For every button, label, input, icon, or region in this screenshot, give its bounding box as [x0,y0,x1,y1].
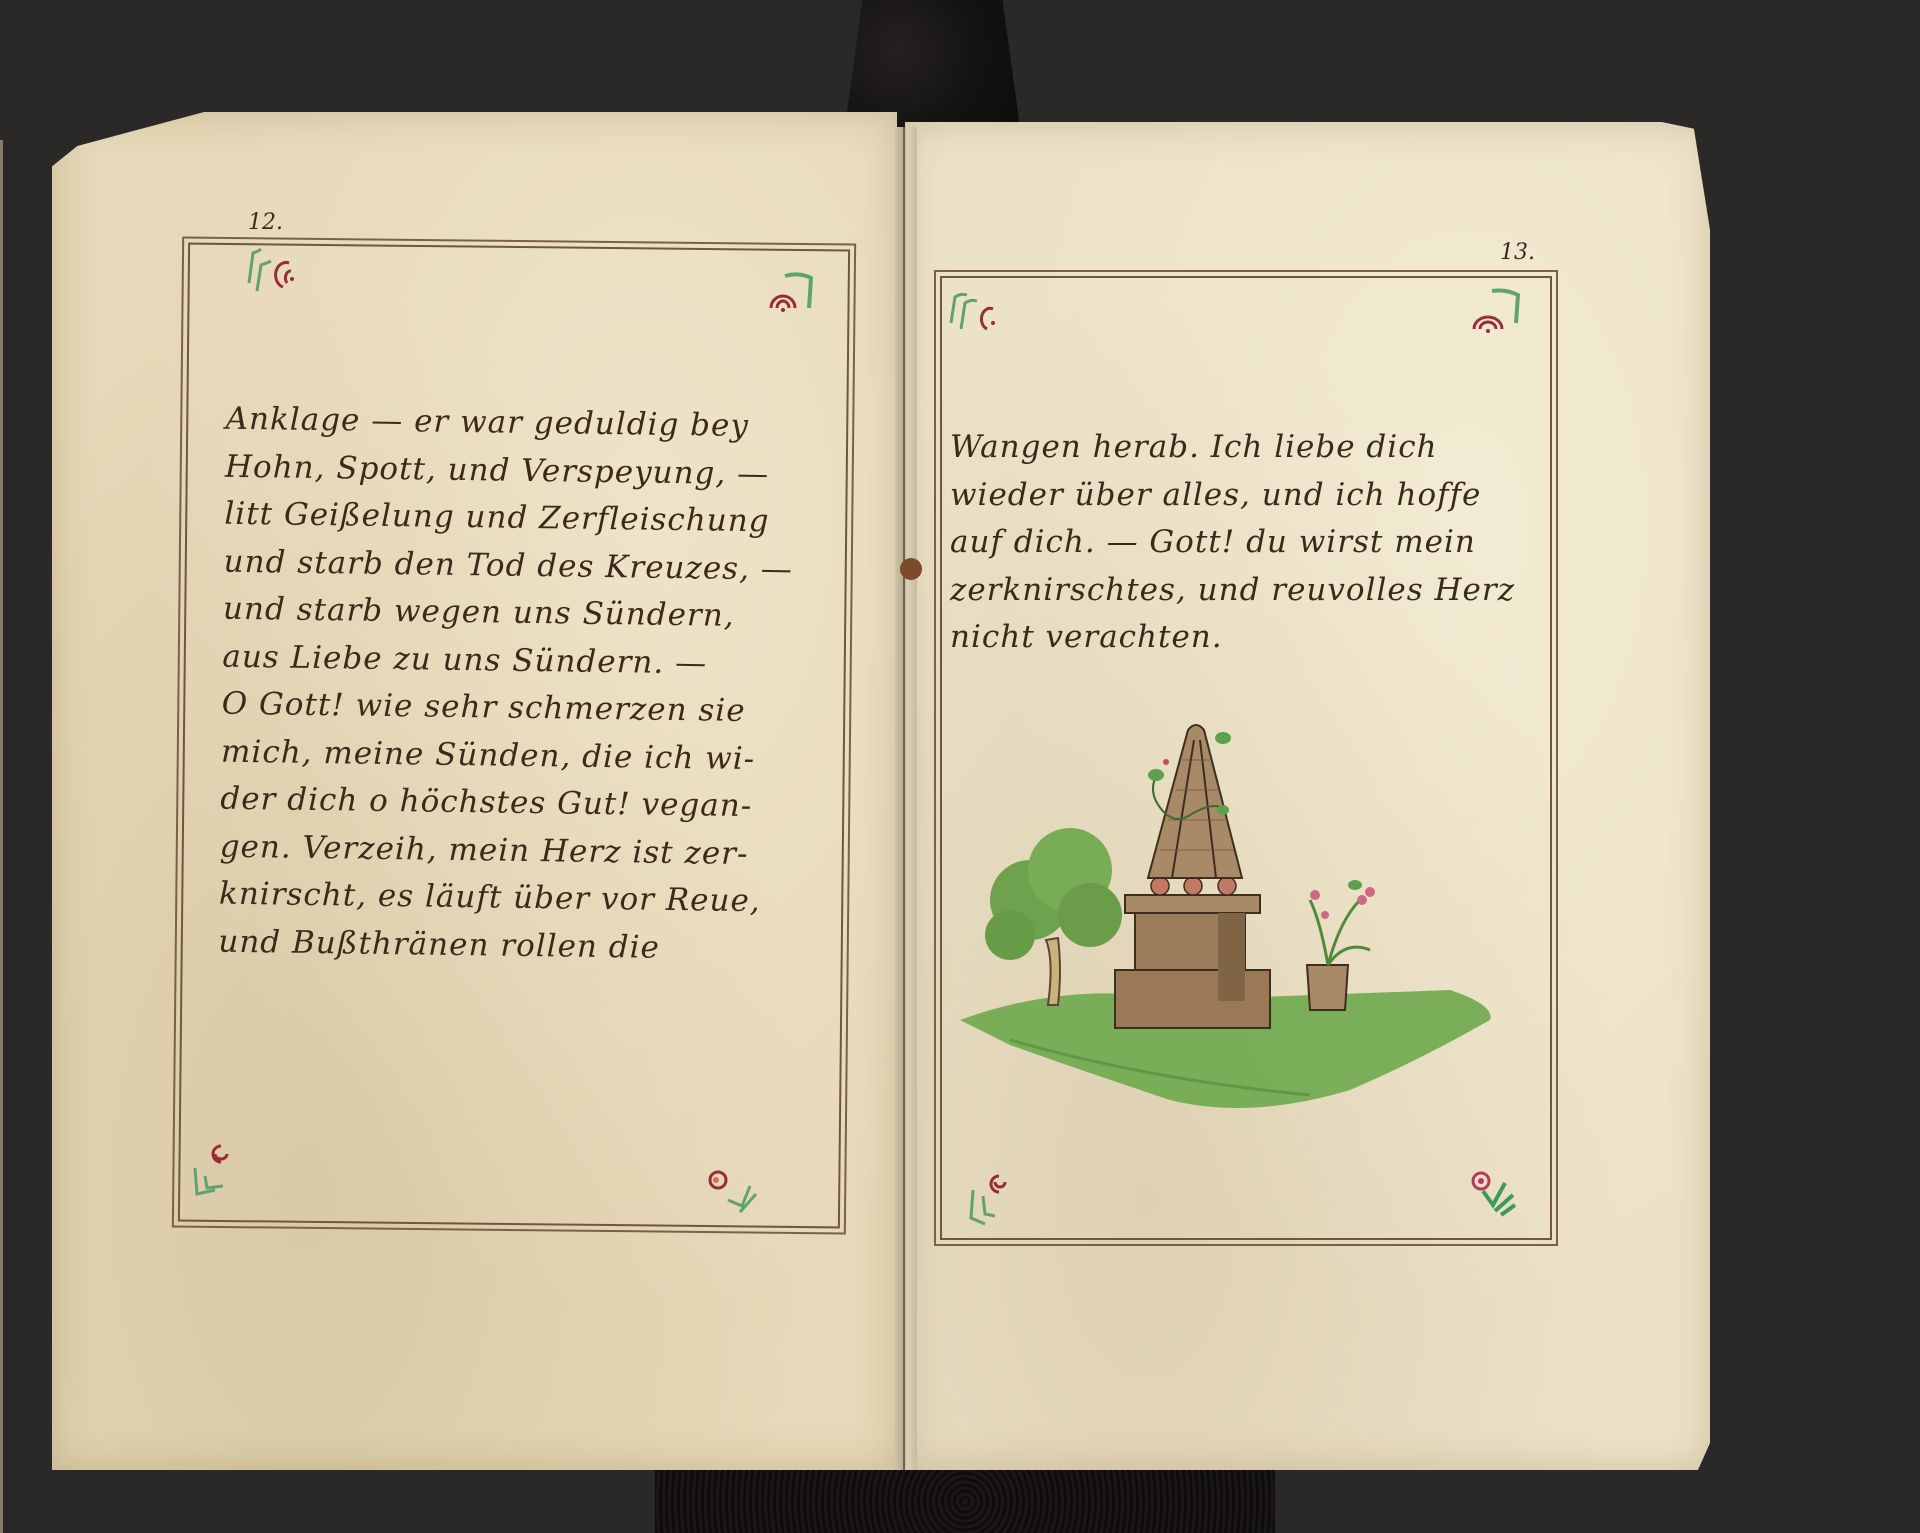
text-line: und starb wegen uns Sündern, [223,586,844,642]
flower-pot-icon [1307,880,1375,1010]
text-line: wieder über alles, und ich hoffe [950,472,1530,520]
text-line: nicht verachten. [950,614,1530,662]
text-line: zerknirschtes, und reuvolles Herz [950,567,1530,615]
text-line: Anklage — er war geduldig bey [225,396,846,452]
text-line: gen. Verzeih, mein Herz ist zer- [219,823,840,879]
rose-leaf-ornament-icon [185,1140,245,1200]
text-line: mich, meine Sünden, die ich wi- [221,728,842,784]
left-page-number: 12. [248,210,283,235]
right-page-number: 13. [1500,240,1535,265]
book-stand-bottom [655,1470,1275,1533]
text-line: und starb den Tod des Kreuzes, — [223,538,844,594]
ink-stain [900,558,922,580]
rose-leaf-ornament-icon [1470,285,1530,345]
rose-leaf-ornament-icon [765,268,825,328]
tree-icon [985,828,1122,1005]
text-line: litt Geißelung und Zerfleischung [224,491,845,547]
obelisk-monument-illustration [950,700,1510,1130]
text-line: aus Liebe zu uns Sündern. — [222,633,843,689]
text-line: und Bußthränen rollen die [218,918,839,974]
book-stand-top [845,0,1020,127]
text-line: der dich o höchstes Gut! vegan- [220,776,841,832]
gutter-fold-line [903,127,905,1470]
rose-leaf-ornament-icon [955,1170,1015,1230]
text-line: Hohn, Spott, und Verspeyung, — [225,443,846,499]
obelisk [1148,725,1242,878]
text-line: Wangen herab. Ich liebe dich [950,424,1530,472]
right-page-text: Wangen herab. Ich liebe dich wieder über… [950,424,1530,662]
rose-leaf-ornament-icon [700,1160,760,1220]
text-line: auf dich. — Gott! du wirst mein [950,519,1530,567]
rose-leaf-ornament-icon [945,285,1005,345]
rose-leaf-ornament-icon [1465,1165,1525,1225]
text-line: knirscht, es läuft über vor Reue, [219,871,840,927]
book-gutter [895,127,917,1470]
left-page-text: Anklage — er war geduldig bey Hohn, Spot… [218,396,846,975]
background-edge-strip [0,140,3,1533]
pedestal [1115,895,1270,1028]
text-line: O Gott! wie sehr schmerzen sie [221,681,842,737]
rose-leaf-ornament-icon [243,243,303,303]
